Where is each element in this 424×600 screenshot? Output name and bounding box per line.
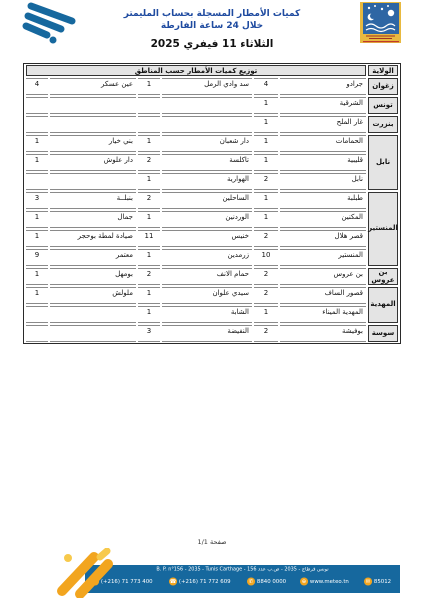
wilaya-cell: نابل: [368, 135, 398, 190]
station-value-cell: 4: [26, 78, 48, 95]
phone-icon: ✆: [247, 577, 255, 585]
station-name-cell: قصور الساف: [280, 287, 366, 304]
station-name-cell: طبلبة: [280, 192, 366, 209]
contact-printer: ☎ (+216) 71 772 609: [169, 577, 231, 585]
station-value-cell: [26, 173, 48, 190]
station-name-cell: الساحلين: [162, 192, 252, 209]
station-value-cell: 1: [138, 135, 160, 152]
station-value-cell: 2: [138, 154, 160, 171]
station-name-cell: المنستير: [280, 249, 366, 266]
station-name-cell: تاكلسة: [162, 154, 252, 171]
station-value-cell: 3: [138, 325, 160, 342]
station-name-cell: دار علوش: [50, 154, 136, 171]
station-value-cell: 2: [138, 268, 160, 285]
station-name-cell: خنيس: [162, 230, 252, 247]
contact-phone-label: 8840 0000: [257, 578, 286, 584]
station-name-cell: سد وادي الرمل: [162, 78, 252, 95]
station-value-cell: 9: [26, 249, 48, 266]
wilaya-column-header: الولاية: [368, 65, 398, 76]
station-name-cell: حمام الانف: [162, 268, 252, 285]
station-value-cell: 1: [254, 192, 278, 209]
wilaya-cell: المهدية: [368, 287, 398, 323]
station-value-cell: 10: [254, 249, 278, 266]
station-value-cell: 1: [26, 211, 48, 228]
station-value-cell: 2: [138, 192, 160, 209]
station-name-cell: بني خيار: [50, 135, 136, 152]
distribution-header: توزيع كميات الأمطار حسب المناطق: [26, 65, 366, 76]
station-name-cell: [50, 97, 136, 114]
report-date: الثلاثاء 11 فيفري 2025: [0, 38, 424, 50]
station-value-cell: 2: [254, 173, 278, 190]
station-value-cell: 1: [138, 211, 160, 228]
contact-phone: ✆ 8840 0000: [247, 577, 286, 585]
station-name-cell: صيادة لمطة بوحجر: [50, 230, 136, 247]
station-value-cell: 1: [26, 268, 48, 285]
station-name-cell: بن عروس: [280, 268, 366, 285]
report-page: كميات الأمطار المسجلة بحساب المليمتر خلا…: [0, 0, 424, 600]
wilaya-cell: سوسة: [368, 325, 398, 342]
station-name-cell: [50, 116, 136, 133]
rain-table: الولايةتوزيع كميات الأمطار حسب المناطقزغ…: [23, 63, 401, 344]
station-name-cell: [50, 306, 136, 323]
station-value-cell: [26, 116, 48, 133]
station-name-cell: معتمر: [50, 249, 136, 266]
station-value-cell: 1: [26, 230, 48, 247]
station-name-cell: الهوارية: [162, 173, 252, 190]
station-value-cell: [138, 116, 160, 133]
printer-icon: ☎: [169, 577, 177, 585]
station-value-cell: 1: [138, 173, 160, 190]
station-value-cell: 1: [254, 306, 278, 323]
station-value-cell: 2: [254, 287, 278, 304]
station-name-cell: [162, 97, 252, 114]
station-name-cell: قليبية: [280, 154, 366, 171]
document-header: كميات الأمطار المسجلة بحساب المليمتر خلا…: [0, 8, 424, 50]
station-value-cell: 2: [254, 230, 278, 247]
contact-sms: ✉ 85012: [364, 577, 391, 585]
station-value-cell: 1: [138, 78, 160, 95]
station-name-cell: [50, 173, 136, 190]
station-name-cell: قصر هلال: [280, 230, 366, 247]
station-value-cell: 1: [254, 97, 278, 114]
station-name-cell: ملولش: [50, 287, 136, 304]
station-value-cell: [26, 306, 48, 323]
station-name-cell: سيدي علوان: [162, 287, 252, 304]
station-value-cell: 1: [254, 154, 278, 171]
station-value-cell: 2: [254, 325, 278, 342]
station-name-cell: الوردنين: [162, 211, 252, 228]
station-value-cell: 1: [26, 287, 48, 304]
contact-website: ⊕ www.meteo.tn: [300, 577, 349, 585]
station-value-cell: 1: [254, 116, 278, 133]
station-name-cell: دار شعبان: [162, 135, 252, 152]
station-value-cell: 1: [254, 211, 278, 228]
wilaya-cell: المنستير: [368, 192, 398, 266]
station-value-cell: 1: [26, 154, 48, 171]
station-name-cell: جمال: [50, 211, 136, 228]
station-name-cell: المهدية الميناء: [280, 306, 366, 323]
globe-icon: ⊕: [300, 577, 308, 585]
station-name-cell: [50, 325, 136, 342]
station-value-cell: 1: [254, 135, 278, 152]
station-value-cell: 1: [138, 249, 160, 266]
station-name-cell: عين عسكر: [50, 78, 136, 95]
station-name-cell: جرادو: [280, 78, 366, 95]
wilaya-cell: بنزرت: [368, 116, 398, 133]
station-value-cell: 1: [138, 306, 160, 323]
station-value-cell: [26, 325, 48, 342]
sms-icon: ✉: [364, 577, 372, 585]
footer-address: B. P. n°156 - 2035 - Tunis Carthage - تو…: [113, 565, 371, 572]
station-name-cell: [162, 116, 252, 133]
station-name-cell: الشابة: [162, 306, 252, 323]
footer-stripes-logo: [50, 548, 142, 598]
wilaya-cell: تونس: [368, 97, 398, 114]
station-value-cell: 3: [26, 192, 48, 209]
station-value-cell: [138, 97, 160, 114]
station-name-cell: بوفيشة: [280, 325, 366, 342]
stripe-dot: [64, 554, 72, 562]
station-value-cell: 2: [254, 268, 278, 285]
station-name-cell: بنبلــة: [50, 192, 136, 209]
station-name-cell: غار الملح: [280, 116, 366, 133]
station-name-cell: بومهل: [50, 268, 136, 285]
station-name-cell: نابل: [280, 173, 366, 190]
report-title-line2: خلال 24 ساعة الفارطة: [0, 20, 424, 32]
station-value-cell: 1: [26, 135, 48, 152]
station-value-cell: 1: [138, 287, 160, 304]
contact-website-label: www.meteo.tn: [310, 578, 349, 584]
station-name-cell: زرمدين: [162, 249, 252, 266]
station-name-cell: الحمامات: [280, 135, 366, 152]
contact-printer-label: (+216) 71 772 609: [179, 578, 231, 584]
station-value-cell: 11: [138, 230, 160, 247]
report-title-line1: كميات الأمطار المسجلة بحساب المليمتر: [0, 8, 424, 20]
contact-sms-label: 85012: [374, 578, 391, 584]
wilaya-cell: بن عروس: [368, 268, 398, 285]
station-value-cell: [26, 97, 48, 114]
station-name-cell: النفيضة: [162, 325, 252, 342]
station-name-cell: المكنين: [280, 211, 366, 228]
station-name-cell: الشرقية: [280, 97, 366, 114]
page-number: صفحة 1/1: [0, 538, 424, 546]
station-value-cell: 4: [254, 78, 278, 95]
wilaya-cell: زغوان: [368, 78, 398, 95]
